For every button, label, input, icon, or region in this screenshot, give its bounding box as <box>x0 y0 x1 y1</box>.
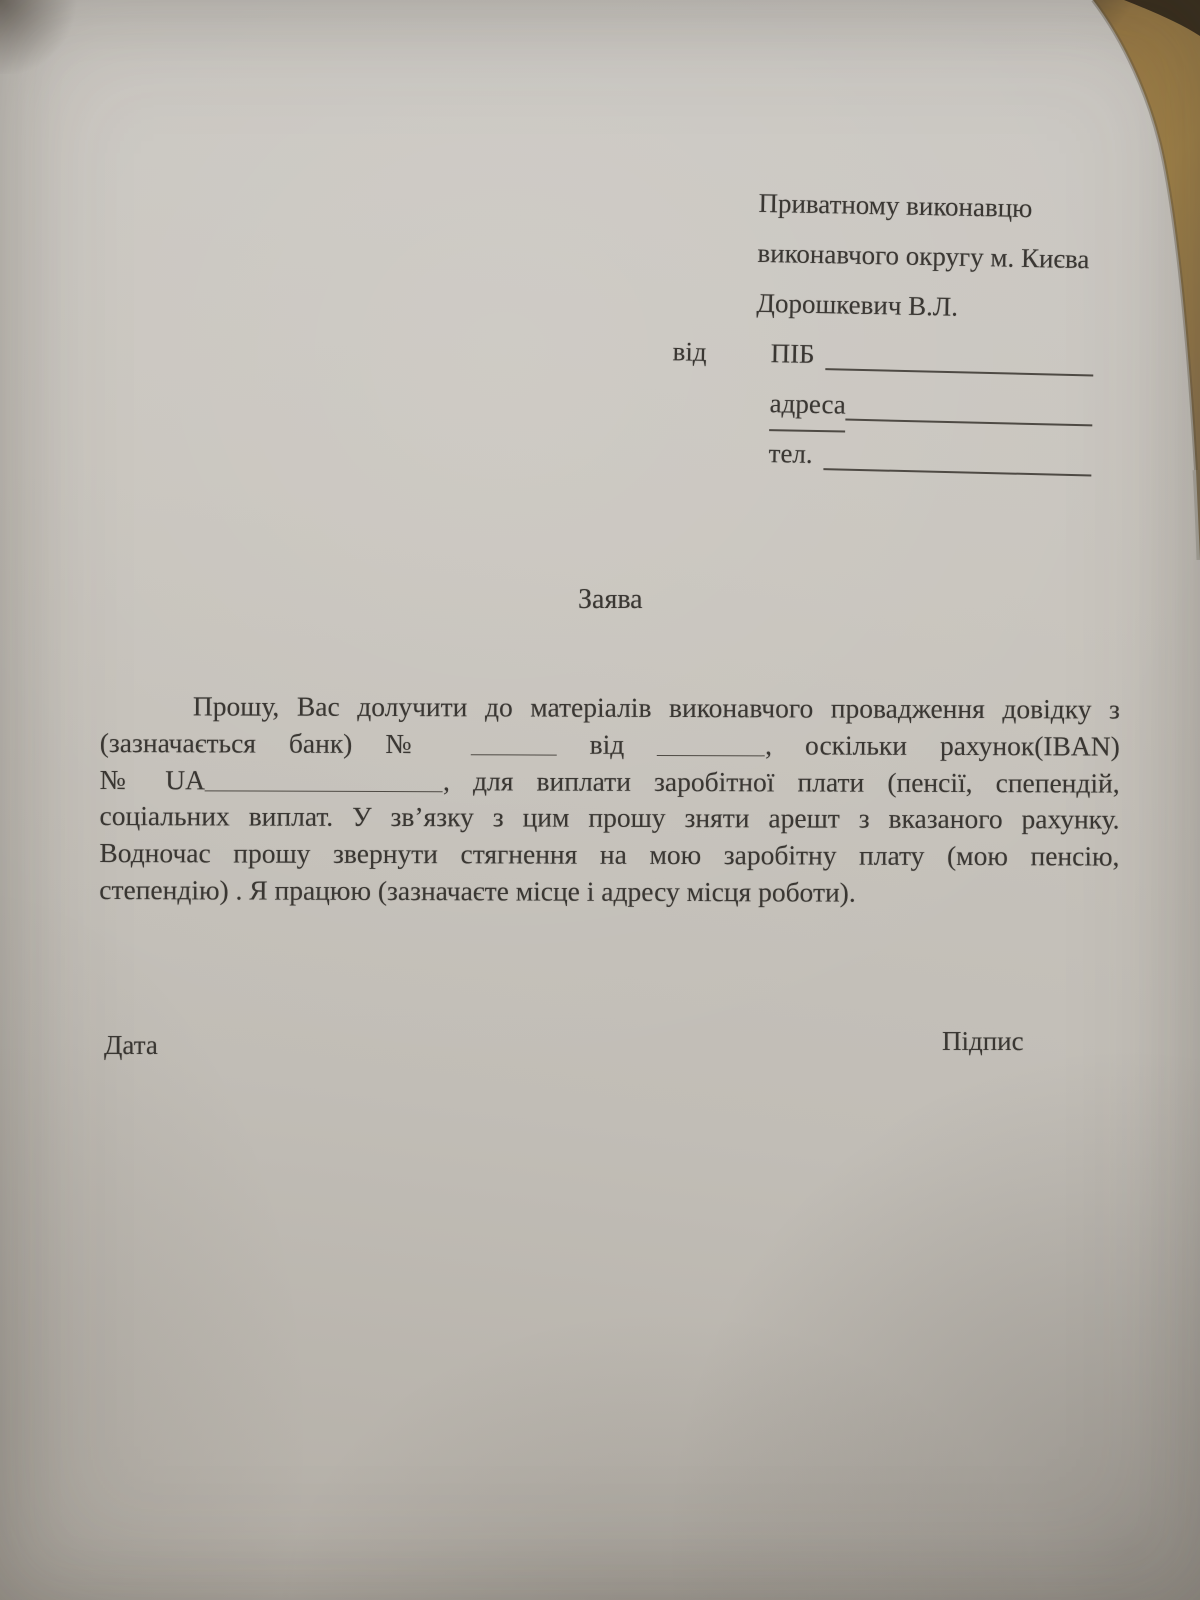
body-line: соціальних виплат. У зв’язку з цим прошу… <box>99 798 1119 838</box>
recipient-field: відПІБ <box>659 326 1094 384</box>
recipient-line: виконавчого округу м. Києва <box>661 226 1096 284</box>
body-line: степендію) . Я працюю (зазначаєте місце … <box>99 872 1119 912</box>
body-line: Прошу, Вас долучити до матеріалів викона… <box>100 688 1120 728</box>
blank-underline <box>846 417 1093 427</box>
recipient-fields: відПІБадресател. <box>657 326 1094 484</box>
from-label <box>658 460 769 462</box>
recipient-field: тел. <box>657 426 1092 484</box>
blank-underline <box>825 366 1093 376</box>
from-label: від <box>659 326 771 378</box>
recipient-block: Приватному виконавцю виконавчого округу … <box>657 176 1097 484</box>
body-line: Водночас прошу звернути стягнення на мою… <box>99 835 1119 875</box>
footer-row: Дата Підпис <box>104 1030 1104 1061</box>
blank-underline <box>205 788 443 792</box>
field-label: ПІБ <box>770 328 815 379</box>
recipient-line: Дорошкевич В.Л. <box>660 276 1095 334</box>
field-label: адреса <box>769 378 846 432</box>
blank-underline <box>471 752 557 755</box>
recipient-line: Приватному виконавцю <box>662 176 1097 234</box>
document-page: Приватному виконавцю виконавчого округу … <box>0 0 1200 1600</box>
blank-underline <box>823 466 1091 476</box>
from-label <box>659 410 770 412</box>
body-paragraph: Прошу, Вас долучити до матеріалів викона… <box>99 688 1120 912</box>
recipient-field: адреса <box>658 376 1093 434</box>
body-line: № UA, для виплати заробітної плати (пенс… <box>100 762 1120 802</box>
field-label: тел. <box>768 428 813 479</box>
document-title: Заява <box>578 584 643 616</box>
body-line: (зазначається банк) № від , оскільки рах… <box>100 725 1120 765</box>
blank-underline <box>657 753 765 756</box>
date-label: Дата <box>104 1030 158 1060</box>
signature-label: Підпис <box>942 1026 1024 1057</box>
photographed-document: Приватному виконавцю виконавчого округу … <box>0 0 1200 1600</box>
